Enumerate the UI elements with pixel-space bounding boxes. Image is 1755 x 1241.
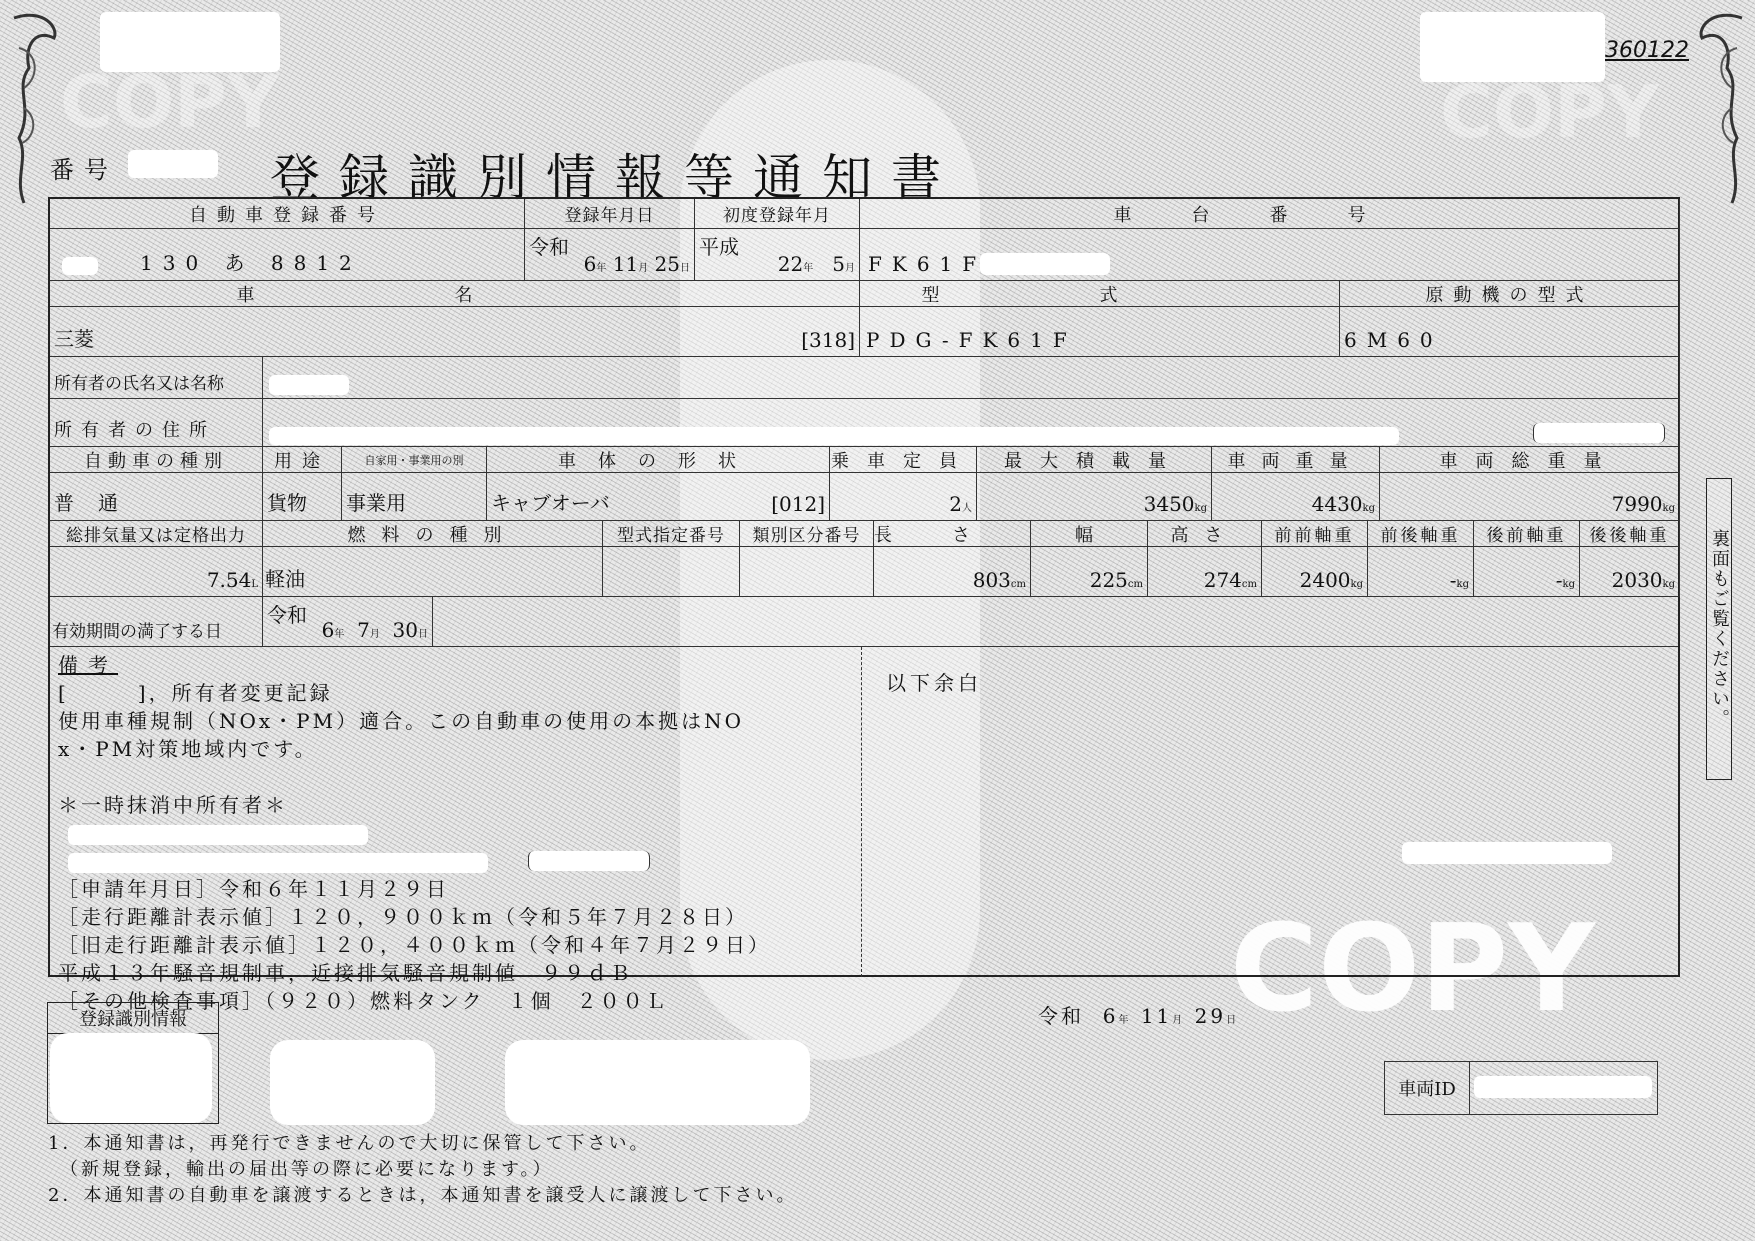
plate-number: 130 あ 8812: [140, 247, 362, 276]
use-header: 用途: [263, 447, 342, 473]
watermark-copy-right: COPY: [1440, 70, 1659, 154]
remarks-line: ＊一時抹消中所有者＊: [58, 791, 853, 819]
kg-unit: kg: [1663, 503, 1675, 514]
rf-axle-cell: -kg: [1474, 547, 1580, 597]
remarks-title: 備考: [58, 651, 853, 679]
width-number: 225: [1090, 568, 1128, 592]
engine-header: 原動機の型式: [1340, 281, 1680, 307]
expiry-value: 6年 7月 30日: [322, 618, 428, 642]
unit-month: 月: [370, 629, 380, 640]
unit-day: 日: [1226, 1015, 1239, 1026]
issue-day: 29: [1195, 1004, 1226, 1028]
reg-date-value: 6年 11月 25日: [584, 252, 690, 276]
displacement-header: 総排気量又は定格出力: [50, 521, 263, 547]
vehicle-name-code: [318]: [801, 328, 855, 352]
rr-axle-value: 2030kg: [1612, 568, 1675, 592]
redaction: [269, 427, 1399, 445]
capacity-number: 2: [949, 492, 962, 516]
redaction: [1474, 1076, 1652, 1098]
private-business-cell: 事業用: [342, 473, 487, 521]
expiry-label: 有効期間の満了する日: [50, 597, 263, 647]
owner-address-value: [263, 399, 1680, 447]
remarks-line: ［旧走行距離計表示値］１２０，４００ｋｍ（令和４年７月２９日）: [58, 931, 853, 959]
watermark-copy-left: COPY: [60, 60, 279, 144]
type-cell: 普通: [50, 473, 263, 521]
engine-value: 6M60: [1344, 328, 1443, 352]
expiry-era: 令和: [267, 599, 307, 628]
width-header: 幅: [1031, 521, 1148, 547]
model-cell: PDG-FK61F: [860, 307, 1340, 357]
cm-unit: cm: [1011, 579, 1026, 590]
remarks-section: 備考 [ ]，所有者変更記録 使用車種規制（NOx・PM）適合。この自動車の使用…: [50, 647, 862, 977]
max-load-number: 3450: [1144, 492, 1195, 516]
kg-unit: kg: [1457, 579, 1469, 590]
remarks-line: ［申請年月日］令和６年１１月２９日: [58, 875, 853, 903]
capacity-header: 乗車定員: [830, 447, 977, 473]
rr-axle-number: 2030: [1612, 568, 1663, 592]
first-reg-year: 22: [778, 252, 803, 276]
redaction: [68, 825, 368, 845]
ff-axle-value: 2400kg: [1300, 568, 1363, 592]
use-value: 貨物: [267, 487, 307, 516]
redaction: [980, 253, 1110, 275]
redaction: [68, 853, 488, 873]
issue-date: 令和 6年 11月 29日: [1038, 1000, 1239, 1029]
type-designation-header: 型式指定番号: [603, 521, 740, 547]
redaction: [528, 851, 650, 871]
unit-year: 年: [803, 263, 813, 274]
registration-form: 自動車登録番号 登録年月日 初度登録年月 車台番号 130 あ 8812 令和 …: [48, 197, 1680, 977]
remarks-line-redacted: [58, 847, 853, 875]
vehicle-name-cell: 三菱 [318]: [50, 307, 860, 357]
fr-axle-value: -kg: [1450, 568, 1469, 592]
width-cell: 225cm: [1031, 547, 1148, 597]
reg-date-era: 令和: [529, 231, 569, 260]
fr-axle-number: -: [1450, 568, 1457, 592]
length-cell: 803cm: [874, 547, 1031, 597]
remarks-line: ［走行距離計表示値］１２０，９００ｋｍ（令和５年７月２８日）: [58, 903, 853, 931]
rf-axle-value: -kg: [1556, 568, 1575, 592]
footer-note: （新規登録，輸出の届出等の際に必要になります。）: [48, 1157, 797, 1183]
owner-name-value: [263, 357, 1680, 399]
width-value: 225cm: [1090, 568, 1143, 592]
reg-month: 11: [613, 252, 638, 276]
use-cell: 貨物: [263, 473, 342, 521]
vehicle-weight-cell: 4430kg: [1212, 473, 1380, 521]
reg-date-cell: 令和 6年 11月 25日: [525, 229, 695, 281]
max-load-header: 最大積載量: [977, 447, 1212, 473]
vehicle-id-box: 車両ID: [1384, 1061, 1658, 1115]
rf-axle-header: 後前軸重: [1474, 521, 1580, 547]
unit-day: 日: [680, 263, 690, 274]
gross-weight-value: 7990kg: [1612, 492, 1675, 516]
ff-axle-header: 前前軸重: [1262, 521, 1368, 547]
fuel-value: 軽油: [265, 563, 305, 592]
redaction: [270, 1040, 435, 1125]
height-cell: 274cm: [1148, 547, 1262, 597]
vehicle-id-value: [1470, 1062, 1657, 1114]
registration-id-info-label: 登録識別情報: [48, 1003, 218, 1034]
cm-unit: cm: [1242, 579, 1257, 590]
expiry-day: 30: [393, 618, 418, 642]
kg-unit: kg: [1563, 579, 1575, 590]
remarks-line: [ ]，所有者変更記録: [58, 679, 853, 707]
length-value: 803cm: [973, 568, 1026, 592]
length-header: 長さ: [874, 521, 1031, 547]
fr-axle-header: 前後軸重: [1368, 521, 1474, 547]
kg-unit: kg: [1663, 579, 1675, 590]
unit-year: 年: [1118, 1015, 1131, 1026]
type-value: 普通: [54, 487, 142, 516]
vehicle-weight-number: 4430: [1312, 492, 1363, 516]
height-number: 274: [1204, 568, 1242, 592]
type-designation-cell: [603, 547, 740, 597]
reg-day: 25: [655, 252, 680, 276]
fr-axle-cell: -kg: [1368, 547, 1474, 597]
expiry-month: 7: [357, 618, 370, 642]
engine-cell: 6M60: [1340, 307, 1680, 357]
first-reg-era: 平成: [699, 231, 739, 260]
ff-axle-cell: 2400kg: [1262, 547, 1368, 597]
max-load-cell: 3450kg: [977, 473, 1212, 521]
owner-name-label-text: 所有者の氏名又は名称: [54, 369, 224, 394]
category-cell: [740, 547, 874, 597]
redaction: [128, 150, 218, 178]
document-number-label: 番号: [50, 150, 118, 185]
private-business-value: 事業用: [346, 487, 406, 516]
remarks-line: 平成１３年騒音規制車，近接排気騒音規制値 ９９ｄＢ: [58, 959, 853, 987]
issue-era: 令和: [1038, 1004, 1084, 1028]
issue-year: 6: [1103, 1004, 1119, 1028]
capacity-unit: 人: [962, 503, 972, 514]
footer-note: 1．本通知書は，再発行できませんので大切に保管して下さい。: [48, 1131, 797, 1157]
model-header: 型式: [860, 281, 1340, 307]
gross-weight-number: 7990: [1612, 492, 1663, 516]
redaction: [505, 1040, 810, 1125]
remarks-line: [58, 763, 853, 791]
rf-axle-number: -: [1556, 568, 1563, 592]
footer-note: 2．本通知書の自動車を譲渡するときは，本通知書を譲受人に譲渡して下さい。: [48, 1183, 797, 1209]
expiry-year: 6: [322, 618, 335, 642]
remarks-line: 使用車種規制（NOx・PM）適合。この自動車の使用の本拠はNO: [58, 707, 853, 735]
footer-notes: 1．本通知書は，再発行できませんので大切に保管して下さい。 （新規登録，輸出の届…: [48, 1131, 797, 1209]
cm-unit: cm: [1128, 579, 1143, 590]
unit-month: 月: [1172, 1015, 1185, 1026]
gross-weight-header: 車両総重量: [1380, 447, 1680, 473]
reg-date-header: 登録年月日: [525, 199, 695, 229]
category-header: 類別区分番号: [740, 521, 874, 547]
see-reverse-note: 裏面もご覧ください。: [1706, 478, 1732, 780]
rr-axle-cell: 2030kg: [1580, 547, 1680, 597]
max-load-value: 3450kg: [1144, 492, 1207, 516]
owner-address-label-text: 所有者の住所: [54, 416, 216, 442]
unit-year: 年: [596, 263, 606, 274]
first-reg-header: 初度登録年月: [695, 199, 860, 229]
capacity-value: 2人: [949, 492, 972, 516]
body-header: 車体の形状: [487, 447, 830, 473]
kg-unit: kg: [1363, 503, 1375, 514]
gross-weight-cell: 7990kg: [1380, 473, 1680, 521]
capacity-cell: 2人: [830, 473, 977, 521]
expiry-cell: 令和 6年 7月 30日: [263, 597, 433, 647]
height-header: 高さ: [1148, 521, 1262, 547]
chassis-header: 車台番号: [860, 199, 1680, 229]
redaction: [62, 257, 98, 275]
unit-month: 月: [845, 263, 855, 274]
first-reg-value: 22年 5月: [778, 252, 855, 276]
vehicle-name: 三菱: [54, 323, 94, 352]
fuel-cell: 軽油: [263, 547, 603, 597]
owner-name-label: 所有者の氏名又は名称: [50, 357, 263, 399]
body-code: [012]: [771, 492, 825, 516]
plate-number-cell: 130 あ 8812: [50, 229, 525, 281]
corner-ornament-right-icon: [1692, 8, 1752, 208]
reg-year: 6: [584, 252, 597, 276]
redaction: [1533, 423, 1665, 443]
body-value: キャブオーバ: [491, 487, 610, 516]
plate-header: 自動車登録番号: [50, 199, 525, 229]
rr-axle-header: 後後軸重: [1580, 521, 1680, 547]
remarks-line: x・PM対策地域内です。: [58, 735, 853, 763]
chassis-number-cell: FK61F-: [860, 229, 1680, 281]
type-header: 自動車の種別: [50, 447, 263, 473]
owner-address-label: 所有者の住所: [50, 399, 263, 447]
remarks-line-redacted: [58, 819, 853, 847]
displacement-number: 7.54: [207, 568, 252, 592]
kg-unit: kg: [1351, 579, 1363, 590]
redaction: [269, 375, 349, 395]
remarks-blank-note: 以下余白: [886, 671, 982, 695]
first-reg-month: 5: [832, 252, 845, 276]
kg-unit: kg: [1195, 503, 1207, 514]
fuel-header: 燃料の種別: [263, 521, 603, 547]
redaction: [1402, 842, 1612, 864]
ff-axle-number: 2400: [1300, 568, 1351, 592]
first-reg-cell: 平成 22年 5月: [695, 229, 860, 281]
expiry-label-text: 有効期間の満了する日: [52, 617, 222, 642]
length-number: 803: [973, 568, 1011, 592]
unit-day: 日: [418, 629, 428, 640]
remarks-right-section: 以下余白: [862, 647, 1678, 977]
height-value: 274cm: [1204, 568, 1257, 592]
private-business-header: 自家用・事業用の別: [342, 447, 487, 473]
displacement-value: 7.54L: [207, 568, 258, 592]
vehicle-weight-header: 車両重量: [1212, 447, 1380, 473]
displacement-cell: 7.54L: [50, 547, 263, 597]
vehicle-weight-value: 4430kg: [1312, 492, 1375, 516]
displacement-unit: L: [251, 579, 258, 590]
redaction: [50, 1033, 212, 1123]
issue-month: 11: [1141, 1004, 1172, 1028]
vehicle-name-header: 車名: [50, 281, 860, 307]
body-cell: キャブオーバ [012]: [487, 473, 830, 521]
unit-year: 年: [334, 629, 344, 640]
vehicle-id-label: 車両ID: [1385, 1062, 1470, 1114]
unit-month: 月: [638, 263, 648, 274]
model-value: PDG-FK61F: [866, 328, 1077, 352]
